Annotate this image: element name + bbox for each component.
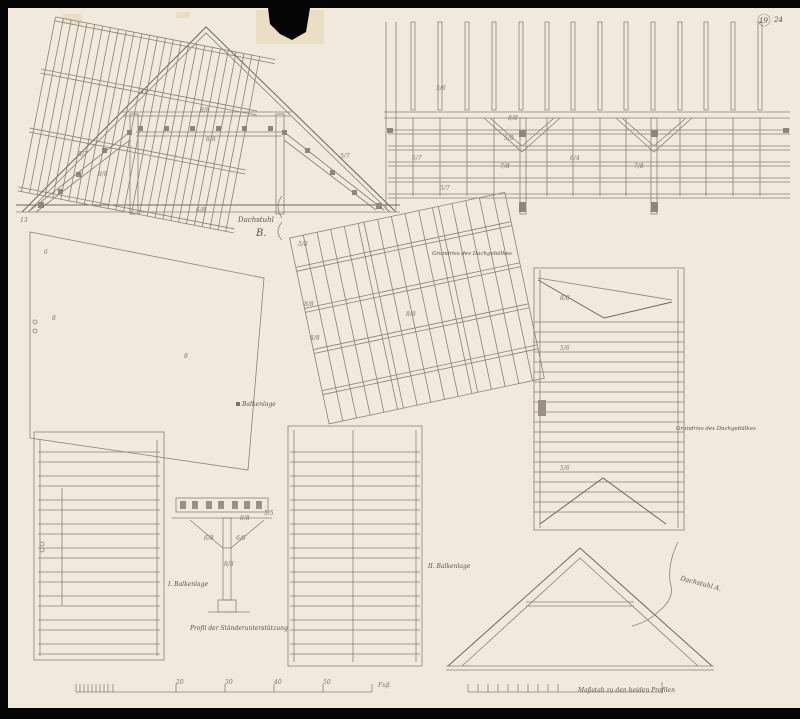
scale-tick-label: 20 [175,679,184,686]
tape-stain [176,12,190,18]
dimension-label: 5/8 [298,241,308,248]
scale-tick-label: 40 [273,679,282,686]
dimension-label: 6/6 [236,535,246,542]
dimension-label: 8/8 [224,561,234,568]
dimension-label: 5/6 [436,85,446,92]
dimension-label: 8 [52,315,56,322]
dimension-label: 5/7 [340,153,350,160]
drawing-label: I. Balkenlage [167,581,208,588]
beam-plan-left: I. Balkenlage [34,432,208,660]
scale-tick-label: 50 [323,679,331,686]
drawing-label: II. Balkenlage [427,563,471,570]
drawing-label: Balkenlage [241,401,276,408]
scale-unit: Fuß [377,682,390,689]
scale-bar-left: 20 30 40 50 Fuß [76,679,390,692]
dimension-label: 5/7 [440,185,450,192]
dimension-label: 6/8 [204,535,214,542]
roof-plan-middle: 5/8 8/8 8/8 8/8 Grundriss des Dachgebälk… [290,192,545,424]
dimension-label: 8/8 [310,335,320,342]
longitudinal-elevation: 5/6 8/8 5/8 7/8 7/8 5/7 5/7 6/4 [384,22,790,214]
dimension-label: 5/5 [264,510,274,517]
drawing-letter: B. [255,228,267,239]
dimension-label: 8 [184,353,188,360]
beam-plan-middle: II. Balkenlage [288,426,471,666]
architectural-drawing: 41 8/8 8/8 6/8 5/7 5/7 8/8 13 Dachstuhl … [0,0,800,719]
roof-plan-right: 8/8 5/6 5/6 Grundriss des Dachgebälkes [534,268,756,530]
scale-label: Maßstab zu den beiden Profilen [577,687,675,694]
cross-section-a: Dachstuhl A. [446,542,722,670]
dimension-label: 13 [20,217,28,224]
page-number: 19 [759,17,768,25]
dimension-label: 5/7 [412,155,422,162]
dimension-label: 5/8 [504,135,514,142]
drawing-label: Dachstuhl A. [679,574,723,593]
dimension-label: 6 [44,249,48,256]
dimension-label: 7/8 [634,163,644,170]
dimension-label: 6/4 [570,155,580,162]
scale-tick-label: 30 [225,679,233,686]
dimension-label: 8/8 [560,295,570,302]
scale-bar-right: Maßstab zu den beiden Profilen [468,682,675,694]
roof-plan-left: 6 8 8 Balkenlage [18,16,277,470]
dimension-label: 8/8 [304,301,314,308]
drawing-label: Grundriss des Dachgebälkes [676,426,756,432]
drawing-label: Dachstuhl [237,216,274,224]
dimension-label: 5/6 [560,345,570,352]
dimension-label: 6/8 [240,515,250,522]
page-number: 24 [773,16,783,24]
drawing-label: Profil der Ständerunterstützung [189,625,288,632]
drawing-label: Grundriss des Dachgebälkes [432,251,512,257]
dimension-label: 8/8 [406,311,416,318]
dimension-label: 8/8 [508,115,518,122]
dimension-label: 7/8 [500,163,510,170]
dimension-label: 5/6 [560,465,570,472]
post-detail: 6/8 6/8 6/6 8/8 5/5 Profil der Ständerun… [172,498,288,632]
